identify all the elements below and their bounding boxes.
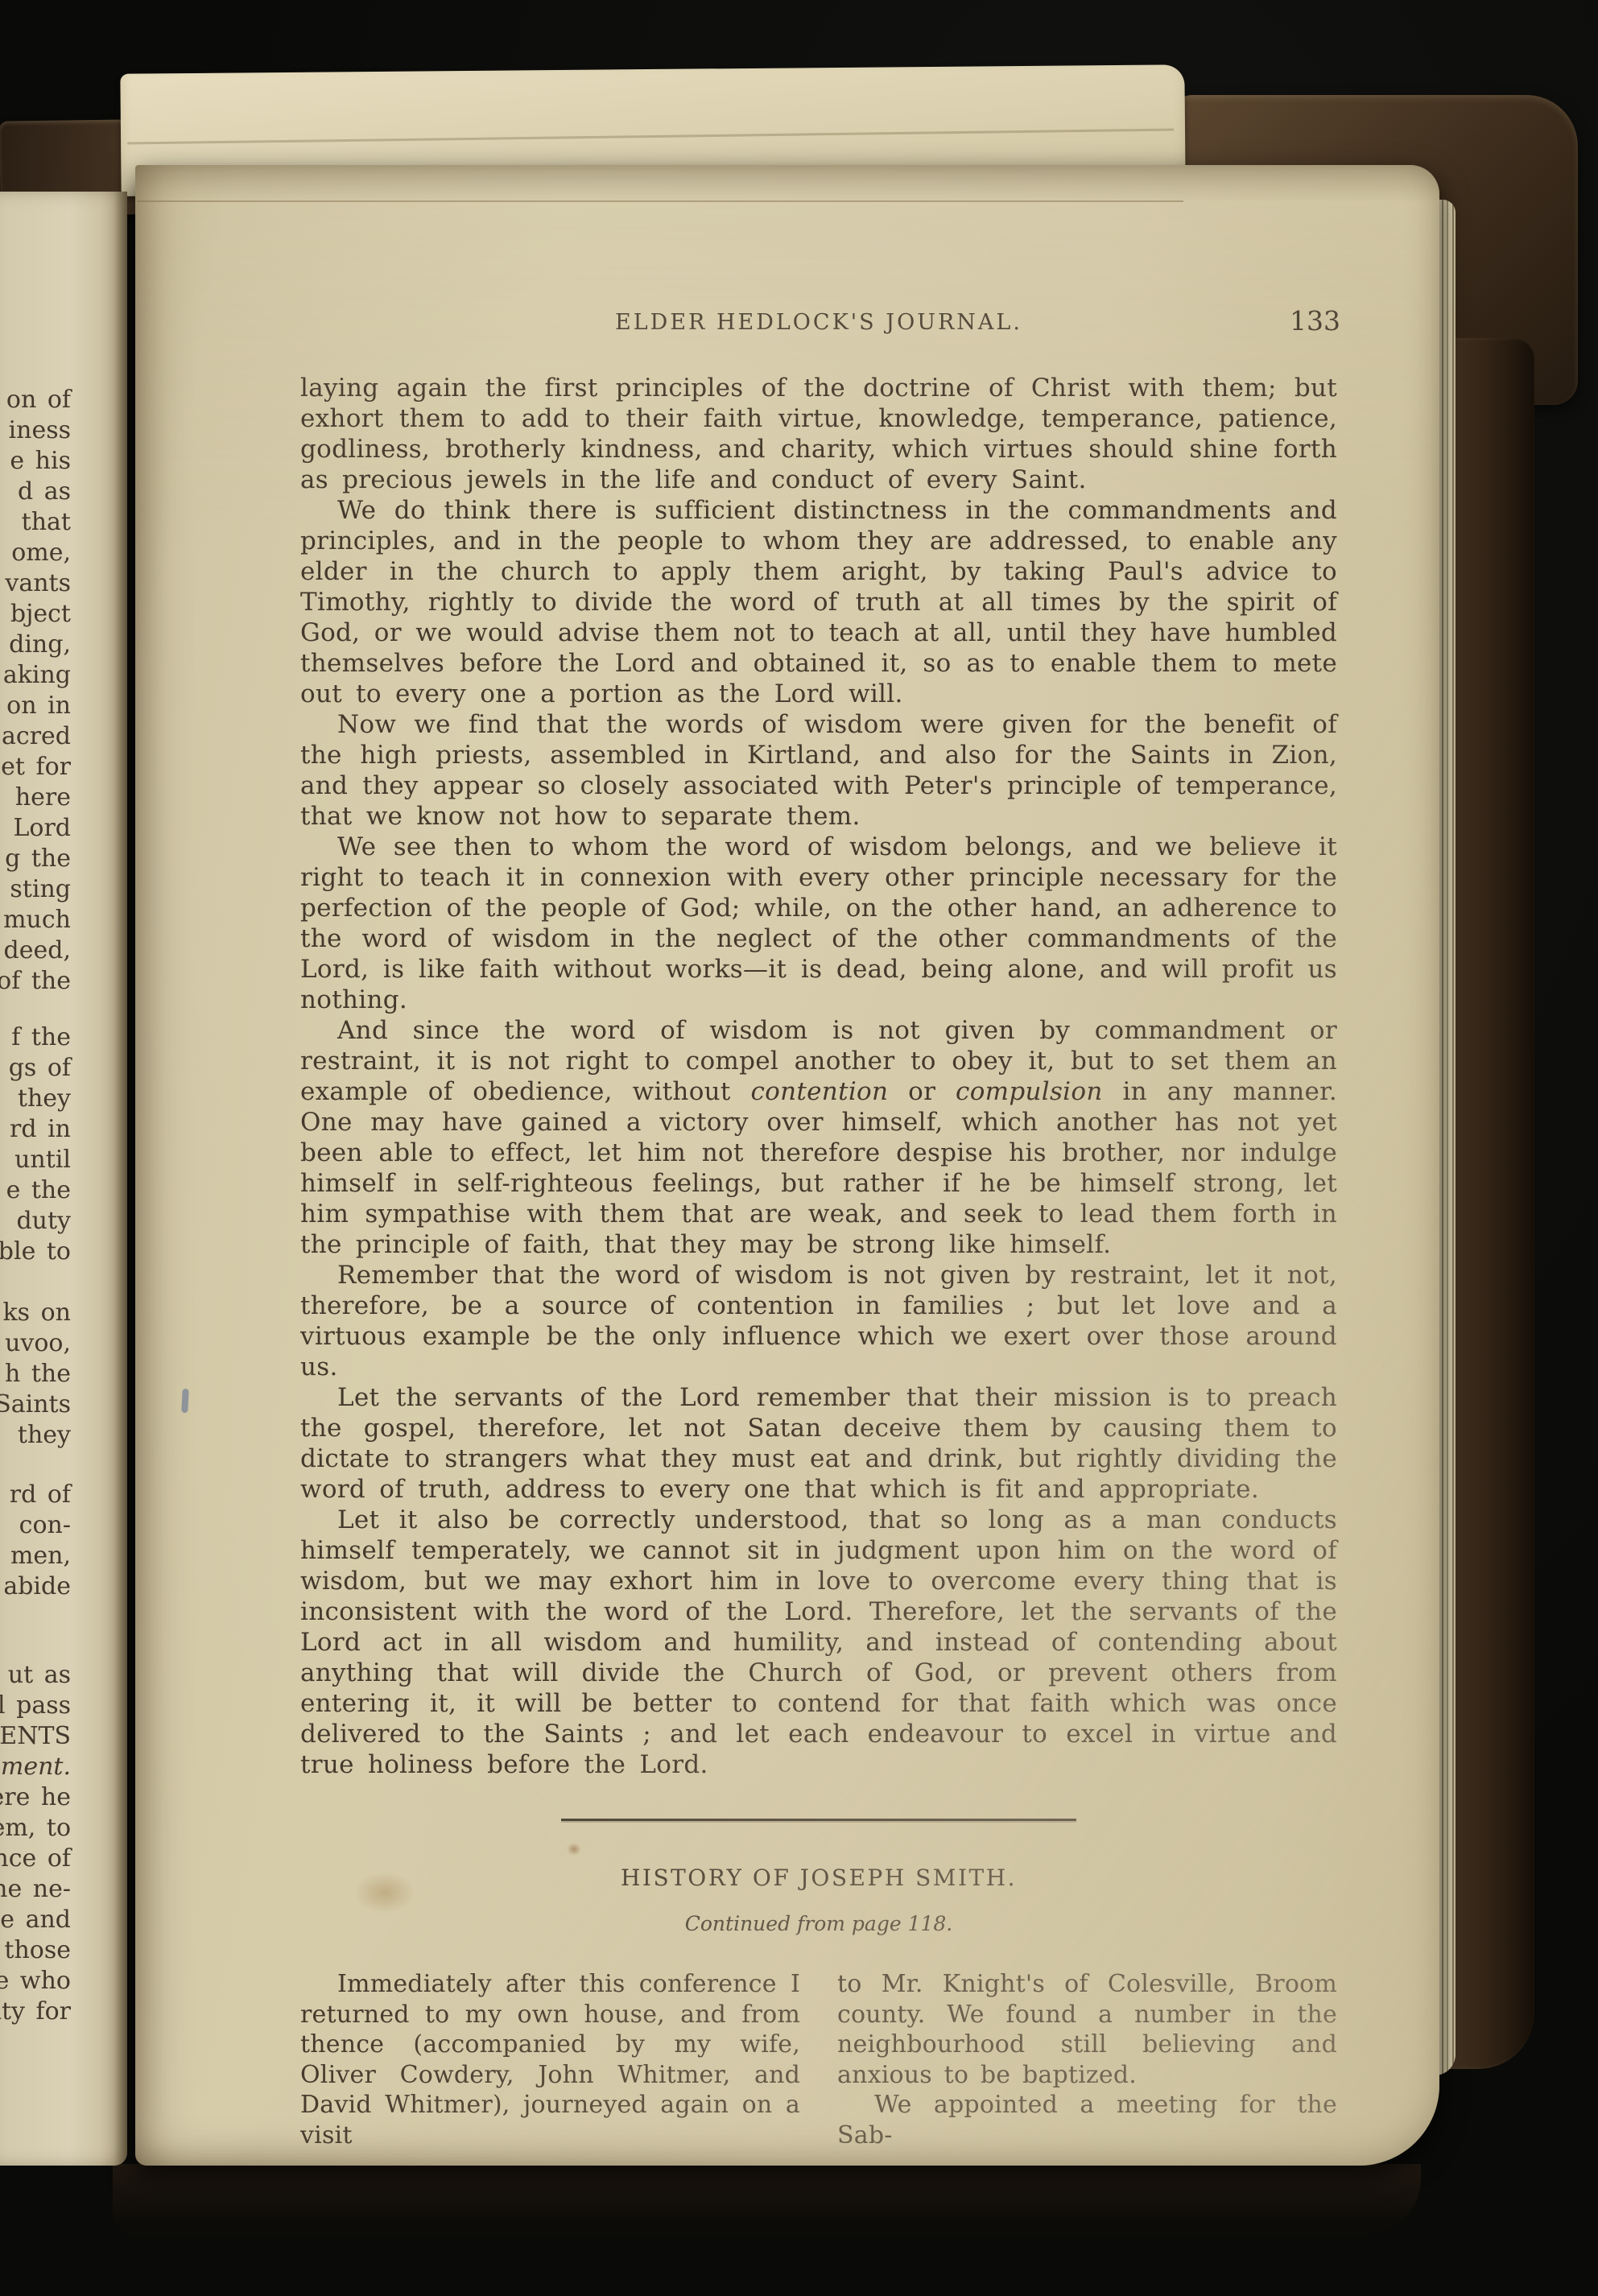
facing-page-fragment: bject [10,599,71,630]
facing-page-fragment: ble to [0,1237,71,1267]
facing-page-fragment: uvoo, [5,1328,71,1359]
two-column-section: Immediately after this conference I retu… [300,1969,1337,2150]
facing-page-fragment: nce of [0,1844,71,1874]
article-body: laying again the first principles of the… [300,373,1337,1780]
section-divider-rule [561,1819,1076,1821]
paragraph: to Mr. Knight's of Colesville, Broom cou… [837,1969,1337,2090]
facing-page-fragment: those [4,1935,71,1966]
paragraph: And since the word of wisdom is not give… [300,1015,1337,1260]
facing-page-fragment: IENTS [0,1721,71,1752]
facing-page-fragment: rd in [10,1114,71,1145]
section-subtitle: Continued from page 118. [300,1912,1337,1935]
facing-page-fragment: aking [3,660,71,691]
facing-page-fragment: of the [0,966,71,997]
facing-page-fragment: le and [0,1905,71,1935]
facing-page-edge: on ofinesse hisd asthatome,vantsbjectdin… [0,192,127,2166]
ink-mark [181,1389,189,1413]
facing-page-fragment: acred [2,721,71,752]
paragraph: We do think there is sufficient distinct… [300,495,1337,709]
facing-page-fragment: rd of [10,1480,71,1510]
facing-page-fragment: d as [18,477,71,507]
paragraph: Immediately after this conference I retu… [300,1969,800,2150]
facing-page-fragment: lment. [0,1752,71,1782]
facing-page-fragment: on of [6,385,71,415]
facing-page-fragment: g the [5,844,71,874]
paragraph: Now we find that the words of wisdom wer… [300,709,1337,832]
facing-page-fragment: they [18,1084,71,1114]
running-title: ELDER HEDLOCK'S JOURNAL. [300,310,1337,335]
facing-page-fragment: e his [10,446,71,477]
facing-page-fragment: em, to [0,1813,71,1844]
facing-page-fragment: much [3,905,71,935]
paragraph: laying again the first principles of the… [300,373,1337,495]
facing-page-fragment: deed, [4,935,71,966]
facing-page-fragment: Saints [0,1390,71,1420]
facing-page-fragment: until [14,1145,71,1175]
paragraph: Let the servants of the Lord remember th… [300,1382,1337,1505]
page-content: ELDER HEDLOCK'S JOURNAL. 133 laying agai… [300,310,1337,2150]
column-right: to Mr. Knight's of Colesville, Broom cou… [837,1969,1337,2150]
facing-page-fragment: he ne- [0,1874,71,1905]
facing-page-fragment: se who [0,1966,71,1997]
facing-page-fragment: gs of [9,1053,71,1084]
facing-page-fragment: that [22,507,71,538]
facing-page-fragment: ks on [3,1298,72,1328]
facing-page-fragment: e the [6,1175,71,1206]
facing-page-fragment: on in [6,691,71,721]
facing-page-fragment: l pass [0,1691,71,1721]
paragraph: We appointed a meeting for the Sab- [837,2090,1337,2150]
facing-page-fragment: con- [19,1510,71,1541]
facing-page-fragment: sting [10,874,71,905]
facing-page-fragment: ut as [8,1660,71,1691]
journal-page: ELDER HEDLOCK'S JOURNAL. 133 laying agai… [135,165,1439,2166]
page-number: 133 [1290,305,1340,337]
facing-page-fragment: here [15,783,71,813]
column-left: Immediately after this conference I retu… [300,1969,800,2150]
section-title: HISTORY OF JOSEPH SMITH. [300,1864,1337,1891]
book-cover-bottom-shadow [113,2164,1421,2235]
book-scan: on ofinesse hisd asthatome,vantsbjectdin… [0,0,1598,2296]
facing-page-fragment: h the [5,1359,71,1390]
facing-page-fragment: ere he [0,1782,71,1813]
facing-page-fragment: abide [3,1571,71,1602]
paragraph: Remember that the word of wisdom is not … [300,1260,1337,1382]
facing-page-fragment: iness [9,415,71,446]
paragraph: Let it also be correctly understood, tha… [300,1505,1337,1780]
facing-page-fragment: Lord [13,813,71,844]
facing-page-fragment: ome, [11,538,71,568]
facing-page-fragment: ding, [9,630,71,660]
facing-page-fragment: they [18,1420,71,1451]
facing-page-fragment: ity for [0,1997,71,2027]
facing-page-fragment: et for [1,752,71,783]
facing-page-fragment: duty [16,1206,71,1237]
paragraph: We see then to whom the word of wisdom b… [300,832,1337,1015]
page-header: ELDER HEDLOCK'S JOURNAL. 133 [300,310,1337,345]
facing-page-fragment: vants [5,568,71,599]
facing-page-fragment: f the [11,1022,71,1053]
facing-page-fragment: men, [10,1541,71,1571]
